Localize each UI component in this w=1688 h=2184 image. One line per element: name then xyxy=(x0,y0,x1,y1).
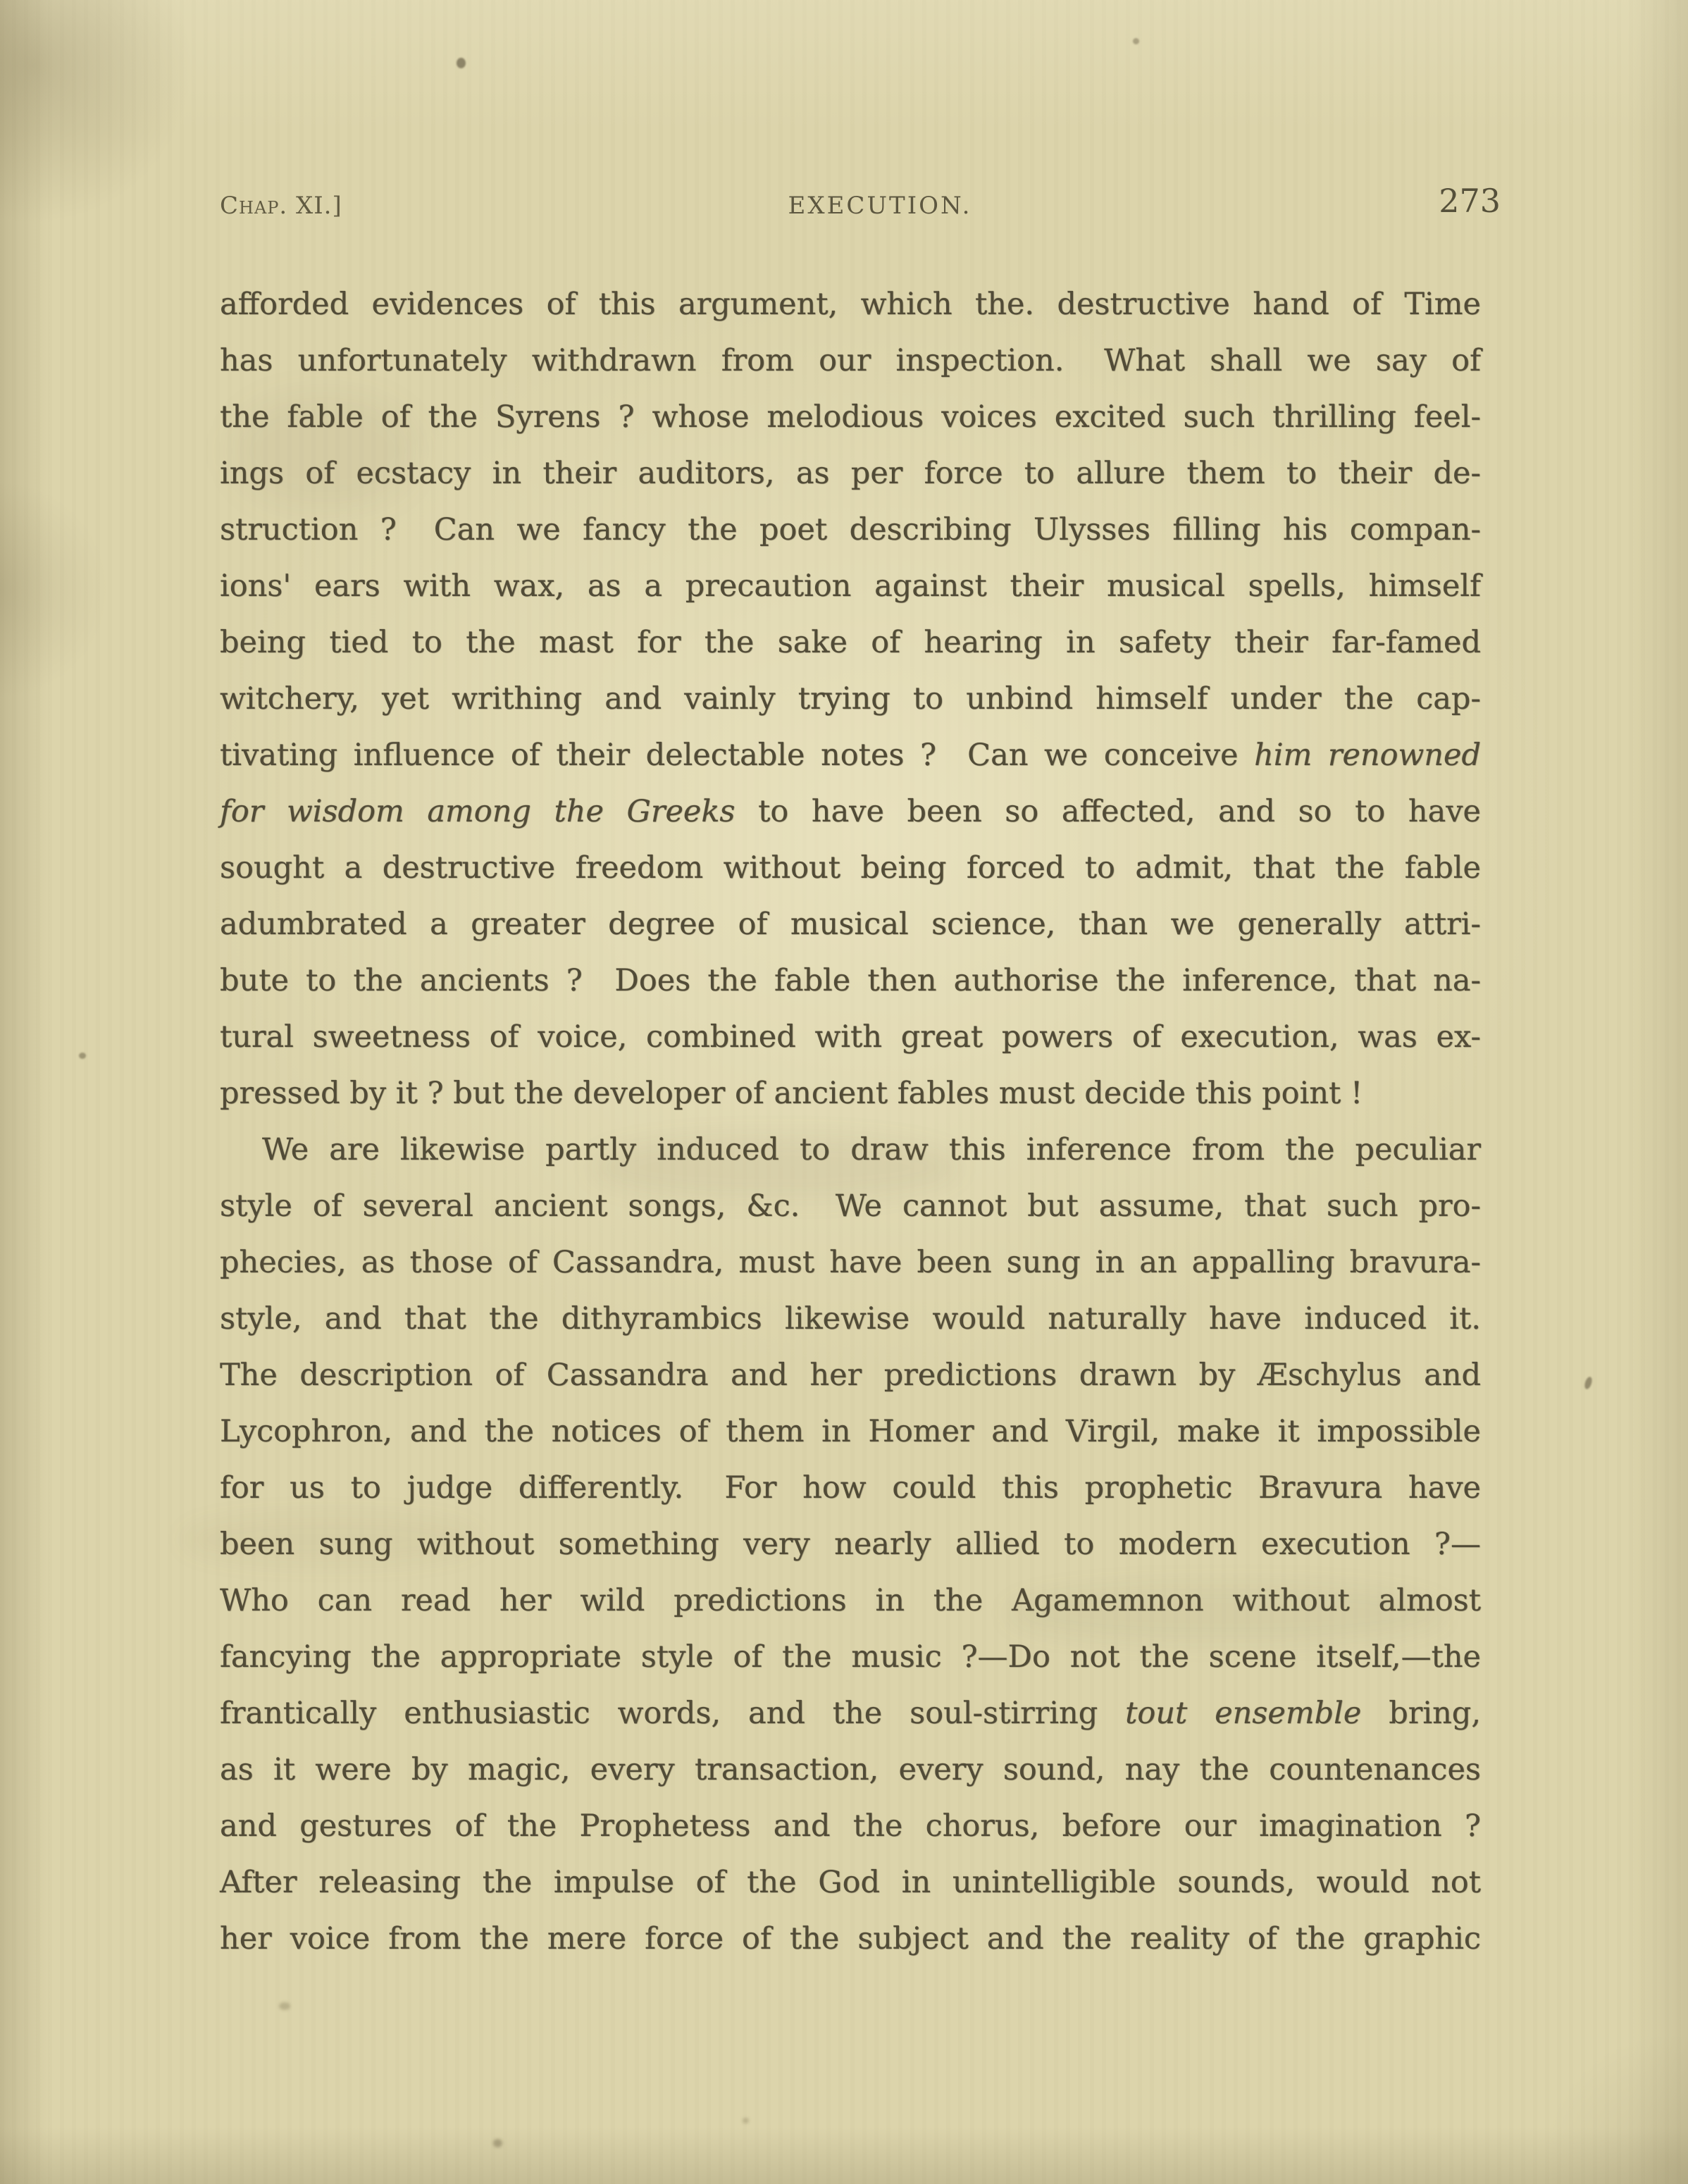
text-line: struction ? Can we fancy the poet descri… xyxy=(220,502,1481,558)
paper-speck xyxy=(493,2139,502,2147)
text-segment: ings of ecstacy in their auditors, as pe… xyxy=(220,456,1481,491)
text-line: adumbrated a greater degree of musical s… xyxy=(220,896,1481,953)
text-segment: Who can read her wild predictions in the… xyxy=(220,1583,1481,1618)
paper-speck xyxy=(457,58,466,68)
text-segment: afforded evidences of this argument, whi… xyxy=(220,287,1481,322)
text-segment: The description of Cassandra and her pre… xyxy=(220,1358,1481,1393)
text-segment: been sung without something very nearly … xyxy=(220,1527,1481,1562)
text-segment: style, and that the dithyrambics likewis… xyxy=(220,1301,1481,1336)
text-segment: being tied to the mast for the sake of h… xyxy=(220,625,1481,660)
text-segment: After releasing the impulse of the God i… xyxy=(220,1865,1481,1900)
text-line: bute to the ancients ? Does the fable th… xyxy=(220,953,1481,1009)
paper-speck xyxy=(279,2002,290,2010)
text-segment: tivating influence of their delectable n… xyxy=(220,738,1254,773)
text-line: The description of Cassandra and her pre… xyxy=(220,1347,1481,1403)
text-line: her voice from the mere force of the sub… xyxy=(220,1911,1481,1967)
text-segment: the fable of the Syrens ? whose melodiou… xyxy=(220,399,1481,435)
text-segment: sought a destructive freedom without bei… xyxy=(220,850,1481,886)
text-line: pressed by it ? but the developer of anc… xyxy=(220,1065,1481,1122)
text-segment: and gestures of the Prophetess and the c… xyxy=(220,1808,1481,1844)
text-line: the fable of the Syrens ? whose melodiou… xyxy=(220,389,1481,445)
text-segment: witchery, yet writhing and vainly trying… xyxy=(220,681,1481,716)
text-segment: style of several ancient songs, &c. We c… xyxy=(220,1189,1481,1224)
text-segment: for us to judge differently. For how cou… xyxy=(220,1470,1481,1506)
text-segment: her voice from the mere force of the sub… xyxy=(220,1921,1481,1956)
text-segment: ions' ears with wax, as a precaution aga… xyxy=(220,569,1481,604)
body-text: afforded evidences of this argument, whi… xyxy=(220,276,1481,1967)
text-line: for us to judge differently. For how cou… xyxy=(220,1460,1481,1516)
text-line: been sung without something very nearly … xyxy=(220,1516,1481,1572)
text-line: witchery, yet writhing and vainly trying… xyxy=(220,671,1481,727)
text-line: style of several ancient songs, &c. We c… xyxy=(220,1178,1481,1234)
text-line: sought a destructive freedom without bei… xyxy=(220,840,1481,896)
text-segment: tural sweetness of voice, combined with … xyxy=(220,1019,1481,1055)
text-segment: fancying the appropriate style of the mu… xyxy=(220,1639,1481,1675)
text-segment: frantically enthusiastic words, and the … xyxy=(220,1696,1125,1731)
text-line: and gestures of the Prophetess and the c… xyxy=(220,1798,1481,1854)
text-line: ions' ears with wax, as a precaution aga… xyxy=(220,558,1481,614)
text-line: for wisdom among the Greeks to have been… xyxy=(220,783,1481,840)
text-segment: We are likewise partly induced to draw t… xyxy=(262,1132,1481,1167)
text-line: fancying the appropriate style of the mu… xyxy=(220,1629,1481,1685)
text-segment: as it were by magic, every transaction, … xyxy=(220,1752,1481,1787)
text-segment: adumbrated a greater degree of musical s… xyxy=(220,907,1481,942)
text-segment: Lycophron, and the notices of them in Ho… xyxy=(220,1414,1481,1449)
text-line: We are likewise partly induced to draw t… xyxy=(220,1122,1481,1178)
text-segment: to have been so affected, and so to have xyxy=(735,794,1481,829)
text-line: being tied to the mast for the sake of h… xyxy=(220,614,1481,671)
book-page: Chap. XI.] EXECUTION. 273 afforded evide… xyxy=(0,0,1688,2184)
text-segment: bring, xyxy=(1361,1696,1481,1731)
text-segment: bute to the ancients ? Does the fable th… xyxy=(220,963,1481,998)
text-line: tural sweetness of voice, combined with … xyxy=(220,1009,1481,1065)
text-line: style, and that the dithyrambics likewis… xyxy=(220,1291,1481,1347)
text-line: frantically enthusiastic words, and the … xyxy=(220,1685,1481,1742)
text-line: as it were by magic, every transaction, … xyxy=(220,1742,1481,1798)
paper-speck xyxy=(1583,1376,1593,1390)
text-line: After releasing the impulse of the God i… xyxy=(220,1854,1481,1911)
text-line: ings of ecstacy in their auditors, as pe… xyxy=(220,445,1481,502)
paper-speck xyxy=(1133,38,1139,44)
text-segment: phecies, as those of Cassandra, must hav… xyxy=(220,1245,1481,1280)
text-line: afforded evidences of this argument, whi… xyxy=(220,276,1481,333)
running-title: EXECUTION. xyxy=(240,192,1520,220)
italic-text-segment: him renowned xyxy=(1254,738,1481,773)
text-line: phecies, as those of Cassandra, must hav… xyxy=(220,1234,1481,1291)
page-number: 273 xyxy=(1339,182,1501,220)
text-line: Who can read her wild predictions in the… xyxy=(220,1572,1481,1629)
paper-speck xyxy=(79,1053,86,1059)
paper-speck xyxy=(743,2118,749,2123)
italic-text-segment: tout ensemble xyxy=(1125,1696,1361,1731)
text-segment: pressed by it ? but the developer of anc… xyxy=(220,1076,1363,1111)
text-segment: struction ? Can we fancy the poet descri… xyxy=(220,512,1481,547)
text-line: has unfortunately withdrawn from our ins… xyxy=(220,333,1481,389)
italic-text-segment: for wisdom among the Greeks xyxy=(220,794,735,829)
text-segment: has unfortunately withdrawn from our ins… xyxy=(220,343,1481,378)
text-line: tivating influence of their delectable n… xyxy=(220,727,1481,783)
text-line: Lycophron, and the notices of them in Ho… xyxy=(220,1403,1481,1460)
